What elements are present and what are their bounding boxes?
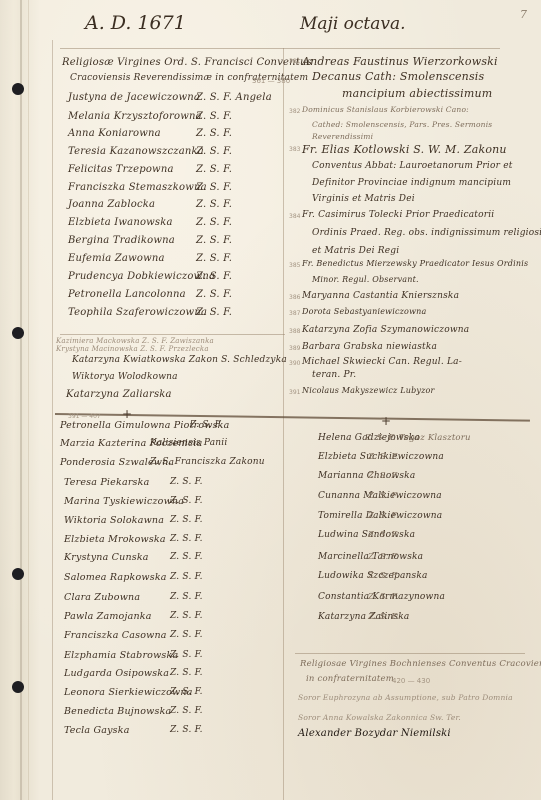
list-entry: Maryanna Castantia Kniersznska xyxy=(302,291,459,301)
list-entry: Z. S. F. xyxy=(170,477,203,487)
list-entry: Kalisiensis Panii xyxy=(150,438,227,448)
list-entry: Katarzyna Kwiatkowska Zakon S. Schledzyk… xyxy=(72,355,287,365)
list-entry: Reverendissimi xyxy=(312,132,373,141)
cross-mark: + xyxy=(381,414,391,428)
footer-rule xyxy=(295,653,525,654)
list-entry: Conventus Abbat: Lauroetanorum Prior et xyxy=(312,161,513,171)
list-entry: Z. S. F. xyxy=(196,182,232,193)
left-margin-rule xyxy=(52,40,53,800)
list-entry: Katarzyna Zaliarska xyxy=(66,389,172,400)
list-entry: Z. S. F. xyxy=(368,571,399,581)
list-entry: Minor. Regul. Observant. xyxy=(312,275,419,284)
list-entry: Z. S. F. xyxy=(170,534,203,544)
list-entry: Z. S. F. xyxy=(368,552,399,562)
entry-number: 389 xyxy=(289,345,300,352)
list-entry: Z. S. F. Tegoz Klasztoru xyxy=(365,433,471,443)
list-entry: Z. S. F. Angela xyxy=(196,92,272,103)
list-entry: Z. S. F. xyxy=(170,725,203,735)
list-entry: Elzbieta Iwanowska xyxy=(68,217,173,228)
list-entry: mancipium abiectissimum xyxy=(342,87,492,100)
list-entry: Z. S. F. xyxy=(170,592,203,602)
faint-note: Soror Anna Kowalska Zakonnica Sw. Ter. xyxy=(298,713,461,722)
footer-heading: Religiosae Virgines Bochnienses Conventu… xyxy=(300,659,541,669)
list-entry: Z. S. F. xyxy=(196,146,232,157)
list-entry: Petronella Lancolonna xyxy=(68,289,186,300)
header-year: A. D. 1671 xyxy=(85,12,186,34)
folio-number: 7 xyxy=(520,8,527,21)
list-entry: Eufemia Zawowna xyxy=(68,253,165,264)
list-entry: Z. S. Franciszka Zakonu xyxy=(150,457,265,467)
list-entry: Z. S. F. xyxy=(196,111,232,122)
list-entry: Marianna Chuowska xyxy=(318,471,415,481)
list-entry: Z. S. F. xyxy=(170,552,203,562)
list-entry: Prudencya Dobkiewiczowna xyxy=(68,271,215,282)
list-entry: Z. S. F. xyxy=(196,307,232,318)
entry-number: 387 xyxy=(289,310,300,317)
entry-number: 382 xyxy=(289,108,300,115)
list-entry: Ludwina Sandowska xyxy=(318,530,415,540)
binding-hole xyxy=(12,681,24,693)
binding-hole xyxy=(12,327,24,339)
list-entry: Z. S. F. xyxy=(196,164,232,175)
list-entry: Bergina Tradikowna xyxy=(68,235,175,246)
list-entry: Justyna de Jacewiczowna xyxy=(68,92,200,103)
footer-heading: in confraternitatem xyxy=(306,674,394,684)
list-entry: Fr. Casimirus Tolecki Prior Praedicatori… xyxy=(302,210,494,220)
binding-hole xyxy=(12,568,24,580)
list-entry: Melania Krzysztoforowna xyxy=(68,111,202,122)
list-entry: Joanna Zablocka xyxy=(68,199,155,210)
list-entry: Krystyna Cunska xyxy=(64,552,149,563)
entry-number: 384 xyxy=(289,213,300,220)
list-entry: Elzbieta Mrokowska xyxy=(64,534,166,545)
faint-note: Kazimiera Mackowska Z. S. F. Zawiszanka xyxy=(56,337,214,345)
entry-number: 391 xyxy=(289,389,300,396)
list-entry: Z. S. F. xyxy=(196,199,232,210)
list-entry: Andreas Faustinus Wierzorkowski xyxy=(302,55,498,68)
list-entry: Z. S. F. xyxy=(368,511,399,521)
list-entry: Fr. Elias Kotlowski S. W. M. Zakonu xyxy=(302,143,507,156)
list-entry: Z. S. F. xyxy=(368,452,399,462)
list-entry: Katarzyna Zofia Szymanowiczowna xyxy=(302,325,469,335)
list-entry: Teresa Piekarska xyxy=(64,477,149,488)
list-entry: Ordinis Praed. Reg. obs. indignissimum r… xyxy=(312,228,541,238)
list-entry: Dorota Sebastyaniewiczowna xyxy=(302,307,426,316)
list-entry: Teophila Szaferowiczowna xyxy=(68,307,207,318)
section-rule xyxy=(60,334,285,335)
faint-note: Krystyna Macinowska Z. S. F. Przezlecka xyxy=(56,345,209,353)
list-entry: Z. S. F. xyxy=(368,612,399,622)
list-entry: Z. S. F. xyxy=(368,530,399,540)
list-entry: Z. S. F. xyxy=(196,128,232,139)
entry-range-number: 361 — 380 xyxy=(252,77,290,85)
list-entry: Marina Tyskiewiczowna xyxy=(64,496,184,507)
list-entry: Z. S. F. xyxy=(170,630,203,640)
list-entry: Z. S. F. xyxy=(170,611,203,621)
list-entry: Teresia Kazanowszczanka xyxy=(68,146,204,157)
header-date: Maji octava. xyxy=(300,14,406,34)
list-entry: Z. S. F. xyxy=(170,650,203,660)
list-entry: Fr. Benedictus Mierzewsky Praedicator Ie… xyxy=(302,259,528,268)
list-entry: Felicitas Trzepowna xyxy=(68,164,174,175)
list-entry: Nicolaus Makyszewicz Lubyzor xyxy=(302,386,435,395)
list-entry: Z. S. F. xyxy=(170,515,203,525)
list-entry: Pawla Zamojanka xyxy=(64,611,152,622)
binding-fold xyxy=(20,0,22,800)
entry-number: 381 xyxy=(289,58,300,65)
list-entry: Barbara Grabska niewiastka xyxy=(302,342,437,352)
list-entry: Z. S. F. xyxy=(196,235,232,246)
list-entry: Benedicta Bujnowska xyxy=(64,706,171,717)
list-entry: Wiktoria Solokawna xyxy=(64,515,164,526)
list-entry: Clara Zubowna xyxy=(64,592,140,603)
list-entry: Dominicus Stanislaus Korbierowski Cano: xyxy=(302,105,469,114)
list-entry: Tecla Gayska xyxy=(64,725,130,736)
list-entry: Wiktorya Wolodkowna xyxy=(72,372,178,382)
header-rule xyxy=(60,48,500,49)
list-entry: et Matris Dei Regi xyxy=(312,246,399,256)
list-entry: Michael Skwiecki Can. Regul. La- xyxy=(302,357,462,367)
list-entry: Z. S. F. xyxy=(190,420,223,430)
section-heading: Religiosæ Virgines Ord. S. Francisci Con… xyxy=(62,57,312,68)
list-entry: Z. S. F. xyxy=(170,668,203,678)
list-entry: Virginis et Matris Dei xyxy=(312,194,415,204)
list-entry: Elzphamia Stabrowska xyxy=(64,650,178,661)
list-entry: Z. S. F. xyxy=(170,687,203,697)
signature: Alexander Bozydar Niemilski xyxy=(298,728,451,739)
list-entry: Z. S. F. xyxy=(368,491,399,501)
list-entry: Franciszka Casowna xyxy=(64,630,167,641)
list-entry: Z. S. F. xyxy=(196,217,232,228)
list-entry: Ludgarda Osipowska xyxy=(64,668,169,679)
list-entry: Z. S. F. xyxy=(368,471,399,481)
entry-number: 388 xyxy=(289,328,300,335)
list-entry: teran. Pr. xyxy=(312,370,356,380)
entry-number: 385 xyxy=(289,262,300,269)
entry-range-number: 420 — 430 xyxy=(392,677,430,685)
list-entry: Z. S. F. xyxy=(170,706,203,716)
entry-number: 386 xyxy=(289,294,300,301)
list-entry: Z. S. F. xyxy=(170,496,203,506)
list-entry: Salomea Rapkowska xyxy=(64,572,167,583)
list-entry: Franciszka Stemaszkowna xyxy=(68,182,207,193)
entry-number: 390 xyxy=(289,360,300,367)
list-entry: Z. S. F. xyxy=(170,572,203,582)
binding-hole xyxy=(12,83,24,95)
list-entry: Z. S. F. xyxy=(196,253,232,264)
list-entry: Z. S. F. xyxy=(196,289,232,300)
column-divider xyxy=(283,48,284,800)
list-entry: Definitor Provinciae indignum mancipium xyxy=(312,178,511,188)
list-entry: Cathed: Smolenscensis, Pars. Pres. Sermo… xyxy=(312,120,492,129)
list-entry: Z. S. F. xyxy=(196,271,232,282)
list-entry: Z. S. F. xyxy=(368,592,399,602)
cross-mark: + xyxy=(122,407,132,421)
entry-range-number: 391 — 407 xyxy=(68,413,101,420)
faint-note: Soror Euphrozyna ab Assumptione, sub Pat… xyxy=(298,693,513,702)
entry-number: 383 xyxy=(289,146,300,153)
binding-fold-secondary xyxy=(28,0,29,800)
manuscript-page: 7 A. D. 1671 Maji octava. Religiosæ Virg… xyxy=(0,0,541,800)
list-entry: Decanus Cath: Smolenscensis xyxy=(312,70,484,83)
list-entry: Anna Koniarowna xyxy=(68,128,161,139)
